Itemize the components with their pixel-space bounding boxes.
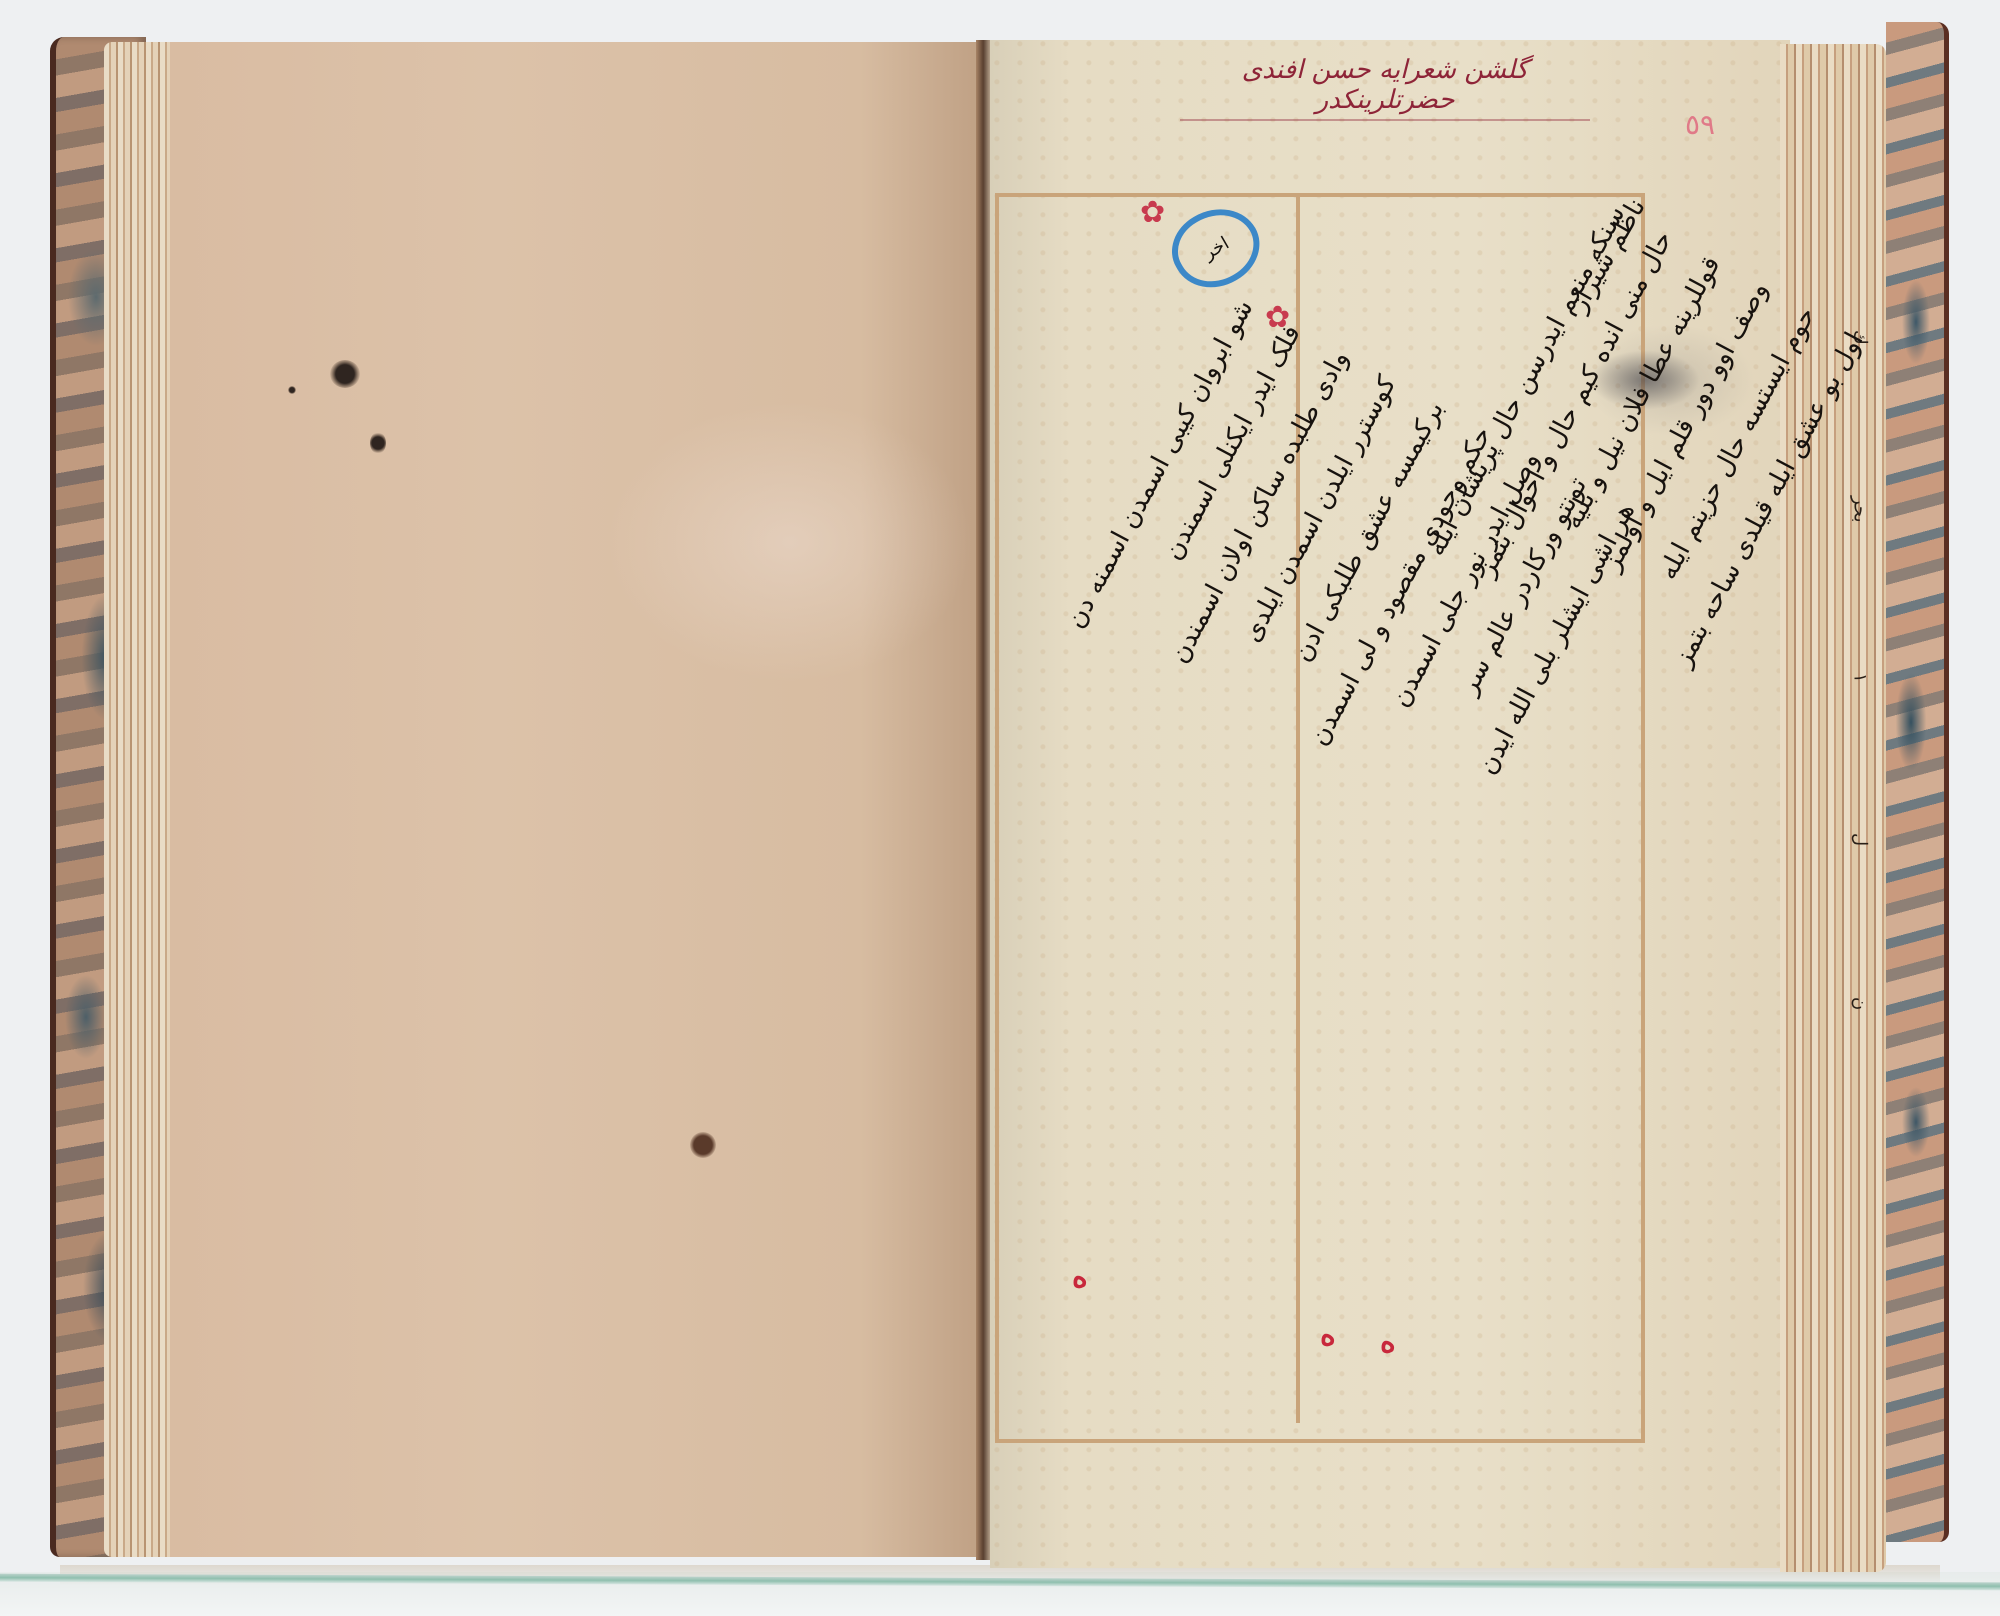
edge-note: ل [1850,833,1871,846]
foxing-spot [690,1132,716,1158]
fore-edge-notes: ك بحر ١ ل ن [1845,330,1875,1010]
ink-stain [330,360,360,388]
manuscript-photo: ك بحر ١ ل ن گلشن شعرایه حسن افندی حضرتلر… [0,0,2000,1616]
verse-marker: ه [1072,1260,1088,1295]
edge-note: ١ [1850,673,1871,683]
ink-stain [288,386,296,394]
cartouche-label: اخر [1199,232,1232,263]
marbled-cover-right [1886,22,1949,1542]
verse-marker: ه [1380,1325,1396,1360]
header-note: گلشن شعرایه حسن افندی حضرتلرینکدر [1180,55,1590,121]
verse-marker: ه [1320,1318,1336,1353]
edge-note: بحر [1850,496,1871,523]
edge-note: ن [1850,997,1871,1010]
left-page-blank [170,42,982,1557]
ink-stain [370,432,386,454]
red-floral-ornament-icon: ✿ [1140,195,1165,230]
folio-number: ٥٩ [1685,108,1715,141]
